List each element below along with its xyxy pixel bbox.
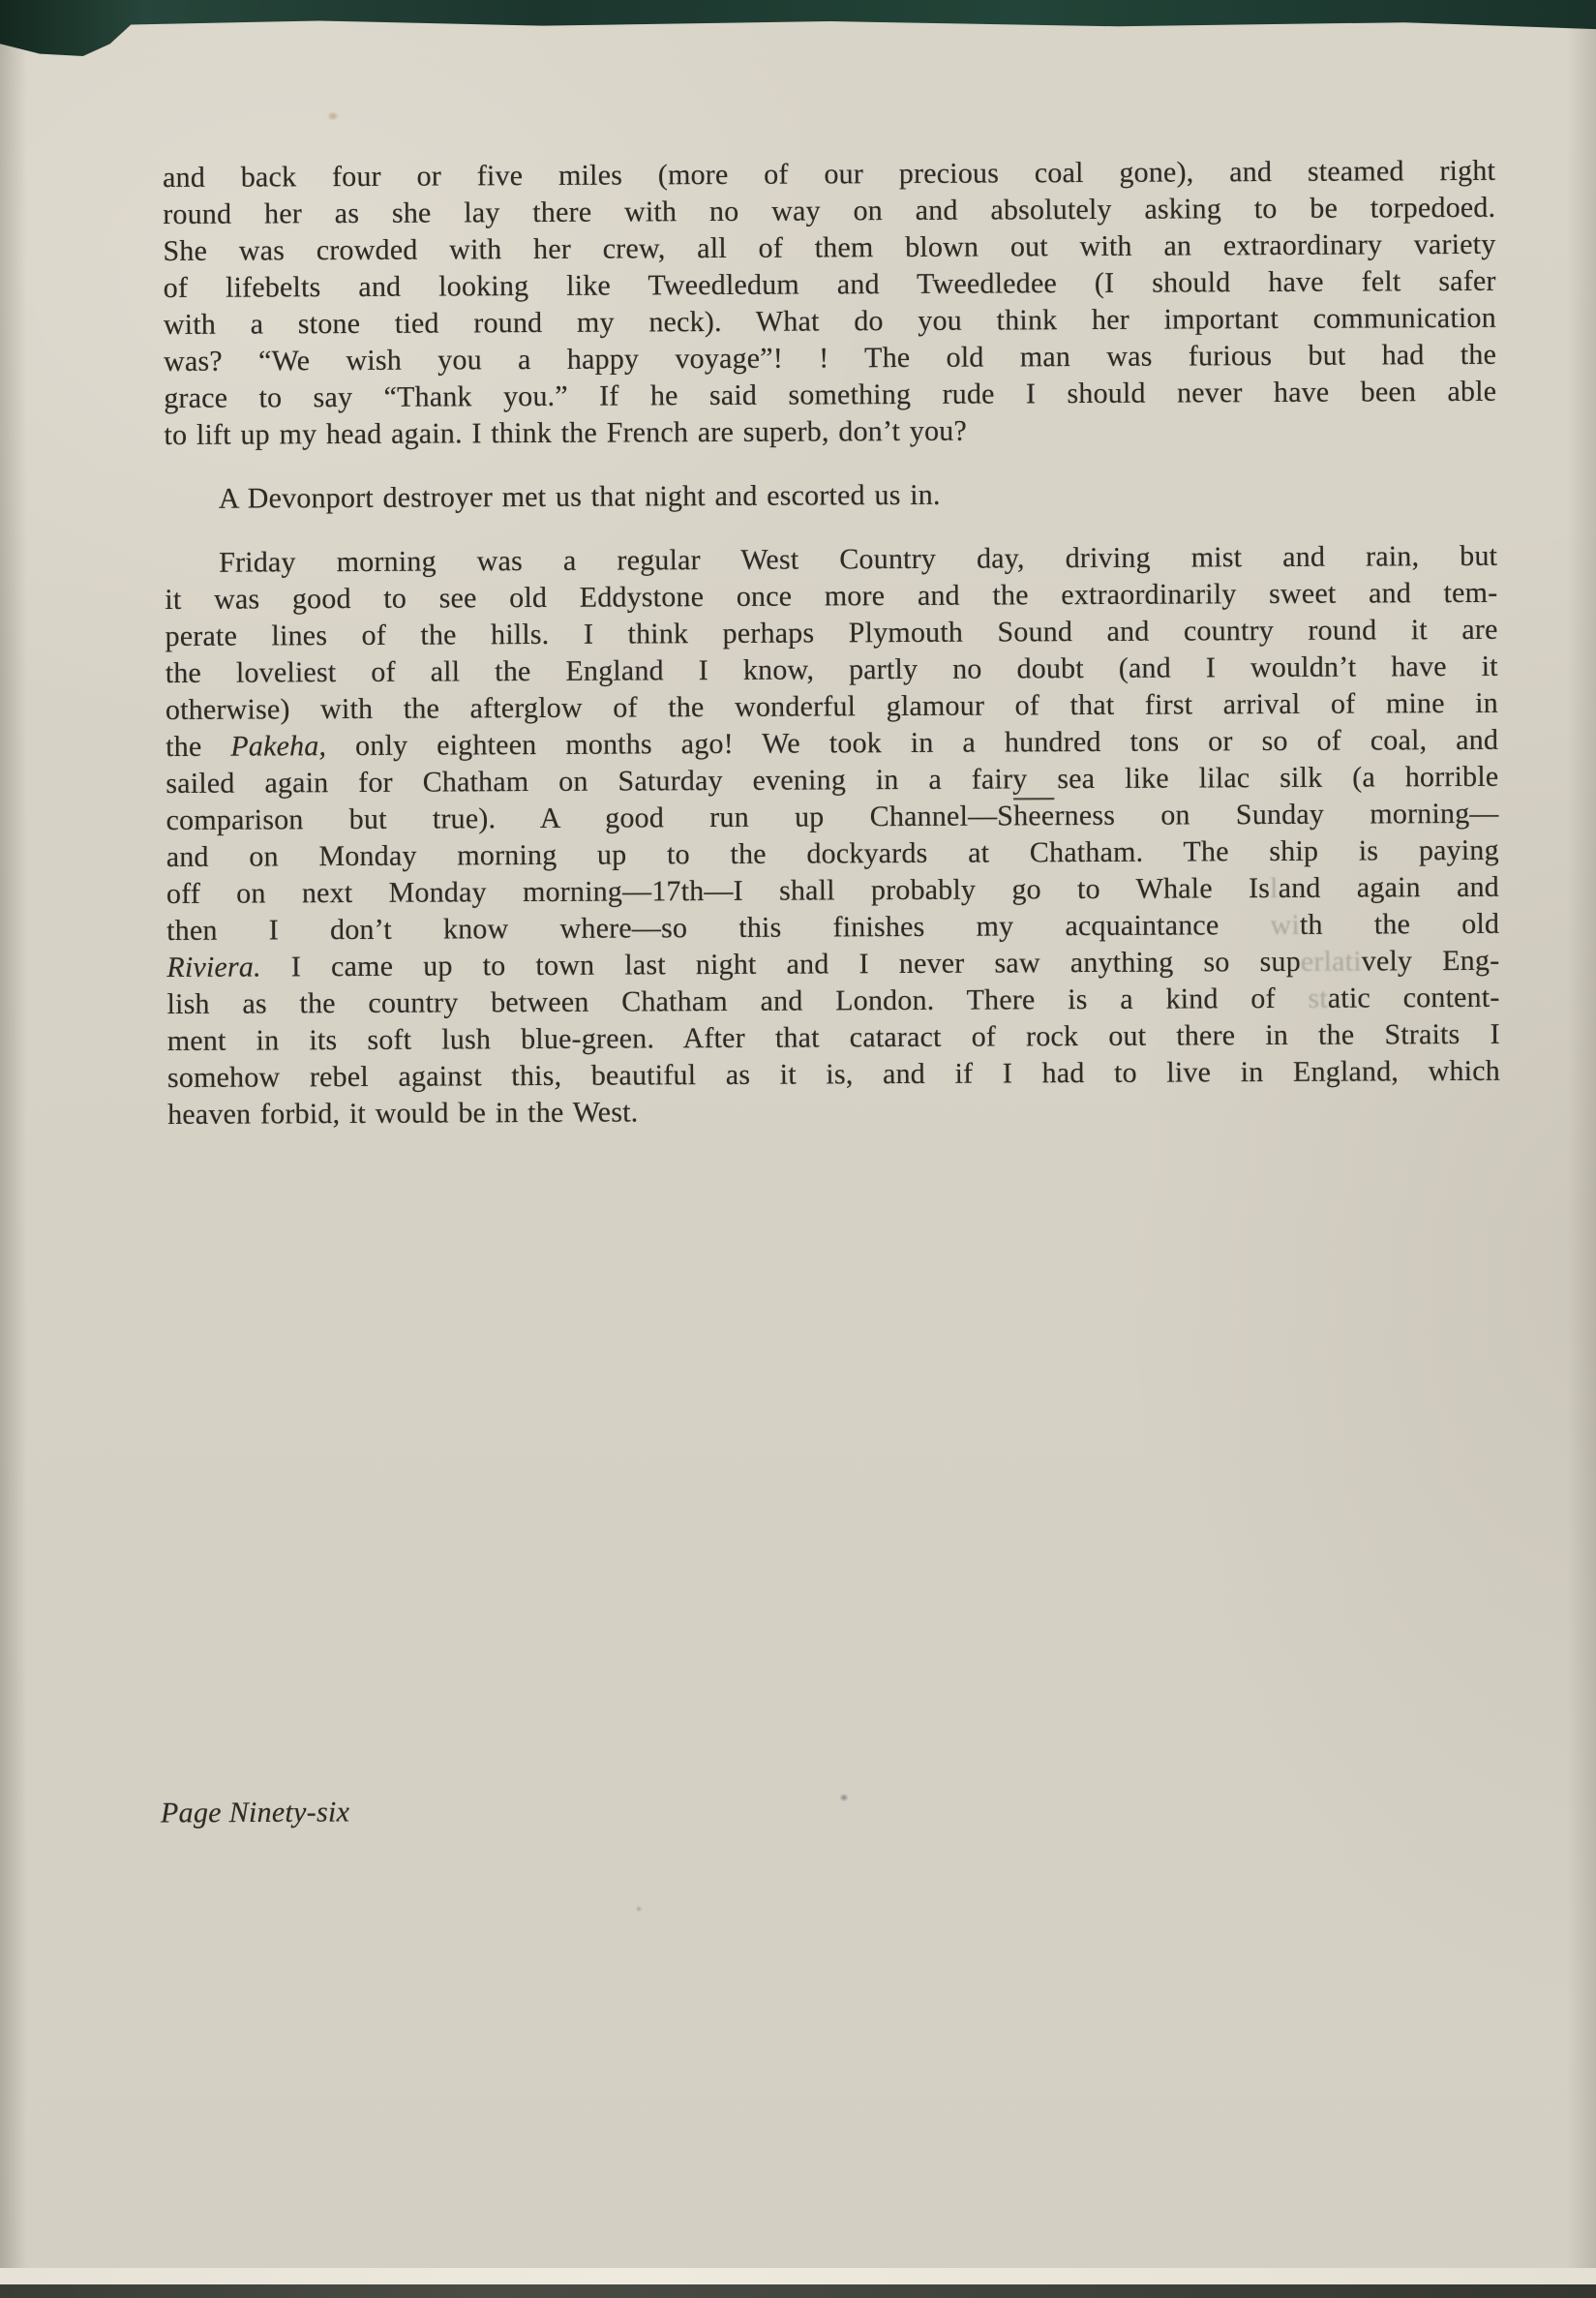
text-line: to lift up my head again. I think the Fr… (164, 410, 1496, 454)
text-line: A Devonport destroyer met us that night … (165, 474, 1497, 518)
text-line: somehow rebel against this, beautiful as… (167, 1053, 1500, 1097)
text-line: heaven forbid, it would be in the West. (167, 1090, 1500, 1134)
paragraph: Friday morning was a regular West Countr… (165, 538, 1500, 1134)
text-line: grace to say “Thank you.” If he said som… (164, 374, 1496, 417)
page-number-label: Page Ninety-six (161, 1796, 349, 1829)
paragraph: A Devonport destroyer met us that night … (165, 474, 1497, 518)
paragraph: and back four or five miles (more of our… (163, 153, 1497, 454)
scan-edge-bottom (0, 2284, 1596, 2298)
page-bottom-edge (0, 2268, 1596, 2284)
page-text-block: and back four or five miles (more of our… (163, 153, 1500, 1161)
